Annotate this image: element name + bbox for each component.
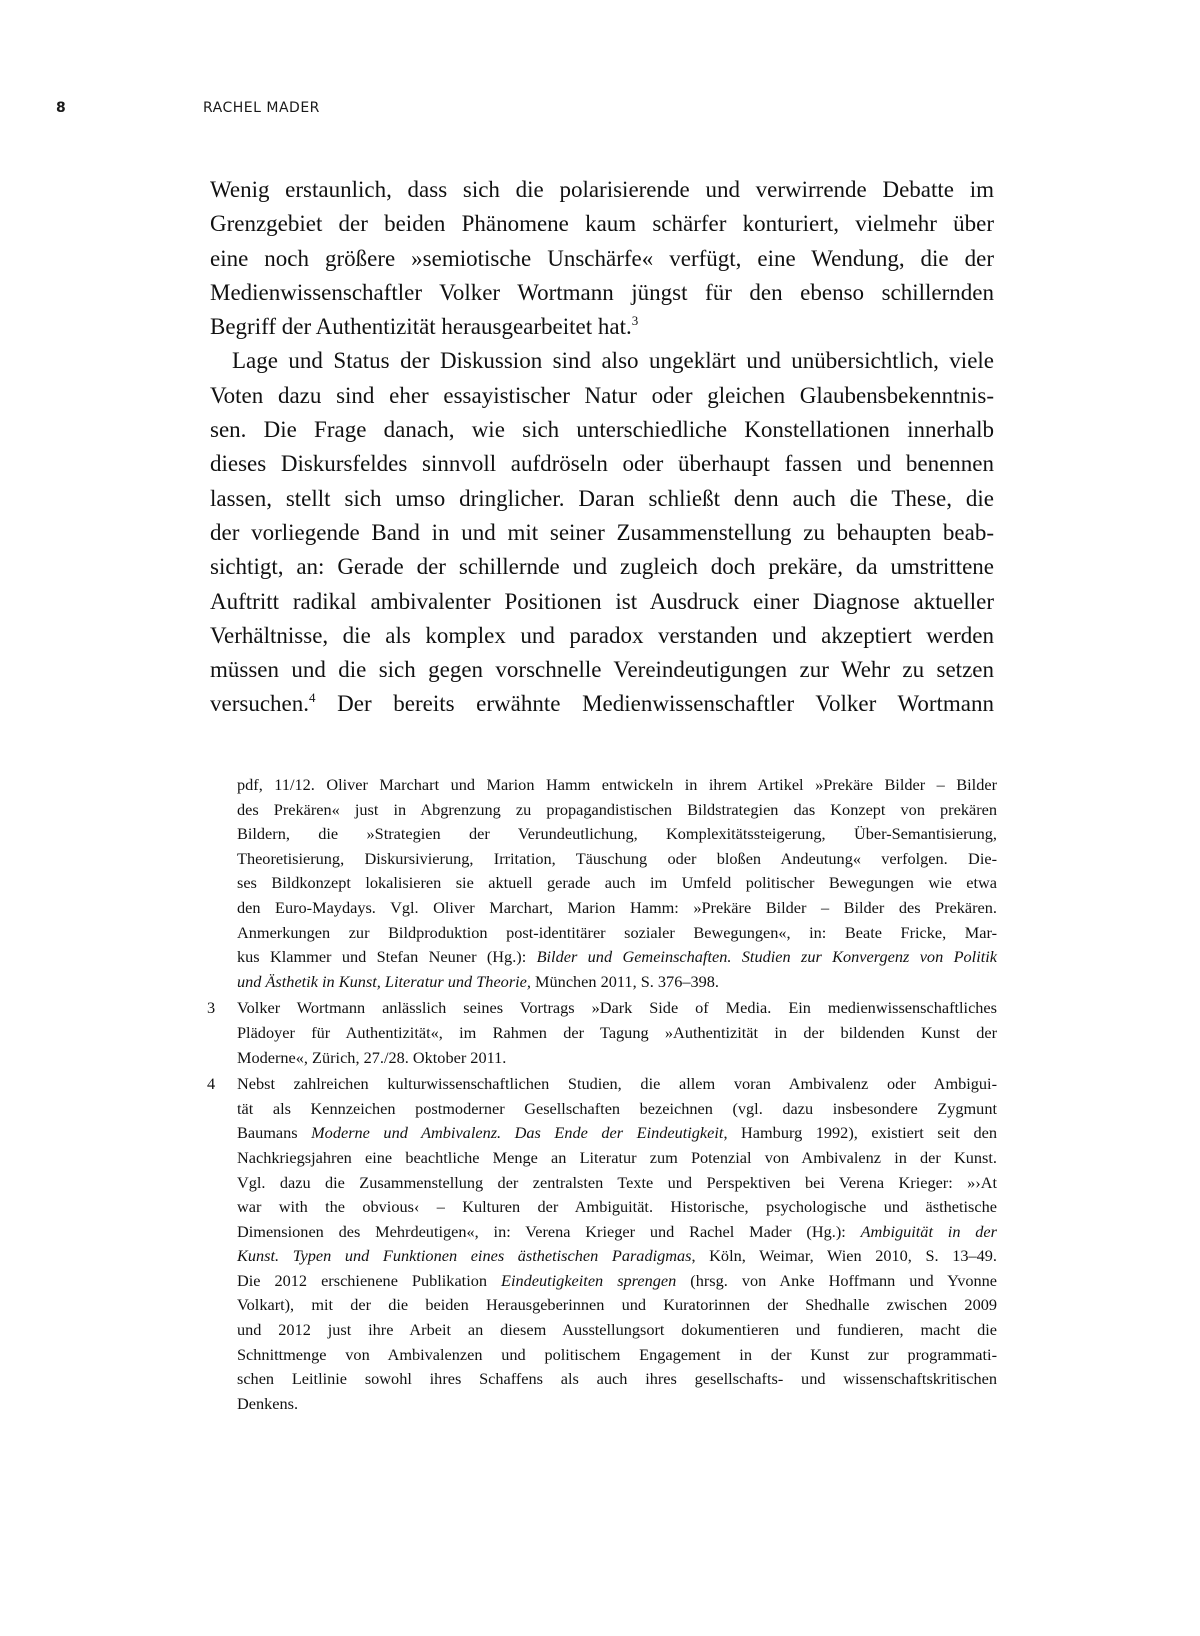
footnote-line: Schnittmenge von Ambivalenzen und politi… — [237, 1343, 997, 1368]
footnote-line: ses Bildkonzept lokalisieren sie aktuell… — [237, 871, 997, 896]
text-line: Verhältnisse, die als komplex und parado… — [210, 619, 994, 653]
footnote-line: und Ästhetik in Kunst, Literatur und The… — [237, 970, 997, 995]
text-line: sen. Die Frage danach, wie sich untersch… — [210, 413, 994, 447]
footnote-line: schen Leitlinie sowohl ihres Schaffens a… — [237, 1367, 997, 1392]
footnote-2-continued: pdf, 11/12. Oliver Marchart und Marion H… — [237, 773, 997, 994]
text-line: versuchen.4 Der bereits erwähnte Medienw… — [210, 687, 994, 721]
footnote-ref-3[interactable]: 3 — [632, 313, 639, 328]
footnote-number: 3 — [207, 996, 215, 1021]
footnote-line: tät als Kennzeichen postmoderner Gesells… — [237, 1097, 997, 1122]
text-line: Grenzgebiet der beiden Phänomene kaum sc… — [210, 207, 994, 241]
footnote-line: Theoretisierung, Diskursivierung, Irrita… — [237, 847, 997, 872]
footnote-line: Bildern, die »Strategien der Verundeutli… — [237, 822, 997, 847]
text-line: der vorliegende Band in und mit seiner Z… — [210, 516, 994, 550]
paragraph-2: Lage und Status der Diskussion sind also… — [210, 344, 994, 721]
running-header: 8 RACHEL MADER — [0, 98, 1200, 122]
footnote-line: und 2012 just ihre Arbeit an diesem Auss… — [237, 1318, 997, 1343]
footnote-line: Vgl. dazu die Zusammenstellung der zentr… — [237, 1171, 997, 1196]
footnote-line: pdf, 11/12. Oliver Marchart und Marion H… — [237, 773, 997, 798]
text-line: Auftritt radikal ambivalenter Positionen… — [210, 585, 994, 619]
footnote-line: Denkens. — [237, 1392, 997, 1417]
text-line: Lage und Status der Diskussion sind also… — [210, 344, 994, 378]
page-number: 8 — [56, 100, 66, 116]
footnote-line: des Prekären« just in Abgrenzung zu prop… — [237, 798, 997, 823]
footnote-line: war with the obvious‹ – Kulturen der Amb… — [237, 1195, 997, 1220]
footnote-line: Nebst zahlreichen kulturwissenschaftlich… — [237, 1072, 997, 1097]
footnote-line: Die 2012 erschienene Publikation Eindeut… — [237, 1269, 997, 1294]
text-line: Medienwissenschaftler Volker Wortmann jü… — [210, 276, 994, 310]
footnote-line: Plädoyer für Authentizität«, im Rahmen d… — [237, 1021, 997, 1046]
text-line: Wenig erstaunlich, dass sich die polaris… — [210, 173, 994, 207]
footnote-line: Nachkriegsjahren eine beachtliche Menge … — [237, 1146, 997, 1171]
paragraph-1: Wenig erstaunlich, dass sich die polaris… — [210, 173, 994, 344]
running-author: RACHEL MADER — [203, 100, 320, 116]
text-line: Voten dazu sind eher essayistischer Natu… — [210, 379, 994, 413]
footnote-3: 3 Volker Wortmann anlässlich seines Vort… — [237, 996, 997, 1070]
text-line: eine noch größere »semiotische Unschärfe… — [210, 242, 994, 276]
text-line: lassen, stellt sich umso dringlicher. Da… — [210, 482, 994, 516]
footnotes: pdf, 11/12. Oliver Marchart und Marion H… — [237, 773, 997, 1418]
footnote-line: Moderne«, Zürich, 27./28. Oktober 2011. — [237, 1046, 997, 1071]
footnote-number: 4 — [207, 1072, 215, 1097]
body-text: Wenig erstaunlich, dass sich die polaris… — [210, 173, 994, 722]
text-line: dieses Diskursfeldes sinnvoll aufdröseln… — [210, 447, 994, 481]
footnote-line: den Euro-Maydays. Vgl. Oliver Marchart, … — [237, 896, 997, 921]
footnote-line: Dimensionen des Mehrdeutigen«, in: Veren… — [237, 1220, 997, 1245]
text-line: sichtigt, an: Gerade der schillernde und… — [210, 550, 994, 584]
footnote-line: Kunst. Typen und Funktionen eines ästhet… — [237, 1244, 997, 1269]
footnote-line: Volkart), mit der die beiden Herausgeber… — [237, 1293, 997, 1318]
footnote-4: 4 Nebst zahlreichen kulturwissenschaftli… — [237, 1072, 997, 1416]
footnote-line: Volker Wortmann anlässlich seines Vortra… — [237, 996, 997, 1021]
text-line: müssen und die sich gegen vorschnelle Ve… — [210, 653, 994, 687]
footnote-line: kus Klammer und Stefan Neuner (Hg.): Bil… — [237, 945, 997, 970]
footnote-line: Anmerkungen zur Bildproduktion post-iden… — [237, 921, 997, 946]
footnote-line: Baumans Moderne und Ambivalenz. Das Ende… — [237, 1121, 997, 1146]
text-line: Begriff der Authentizität herausgearbeit… — [210, 310, 994, 344]
